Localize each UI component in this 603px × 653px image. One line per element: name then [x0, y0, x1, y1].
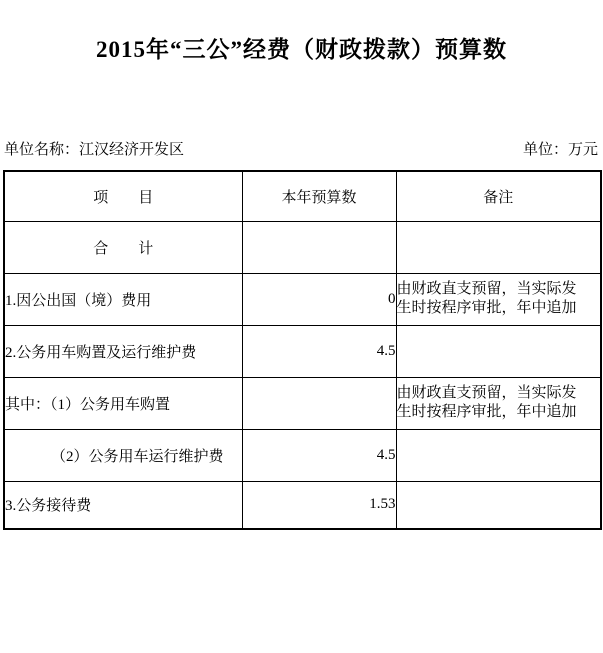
remark-cell	[396, 481, 601, 529]
header-remark: 备注	[396, 171, 601, 221]
table-row-vehicle-total: 2.公务用车购置及运行维护费 4.5	[4, 325, 601, 377]
meta-row: 单位名称：江汉经济开发区 单位：万元	[4, 141, 598, 159]
remark-cell	[396, 429, 601, 481]
remark-cell	[396, 325, 601, 377]
budget-cell	[242, 377, 396, 429]
table-row-total: 合 计	[4, 221, 601, 273]
document-page: 2015年“三公”经费（财政拨款）预算数 单位名称：江汉经济开发区 单位：万元 …	[0, 0, 603, 653]
page-title: 2015年“三公”经费（财政拨款）预算数	[0, 0, 603, 64]
item-cell: 合 计	[4, 221, 242, 273]
table-row-abroad: 1.因公出国（境）费用 0 由财政直支预留，当实际发 生时按程序审批，年中追加	[4, 273, 601, 325]
header-item: 项 目	[4, 171, 242, 221]
remark-cell: 由财政直支预留，当实际发 生时按程序审批，年中追加	[396, 377, 601, 429]
remark-cell: 由财政直支预留，当实际发 生时按程序审批，年中追加	[396, 273, 601, 325]
budget-cell: 4.5	[242, 429, 396, 481]
item-cell: （2）公务用车运行维护费	[4, 429, 242, 481]
unit-of-measure-label: 单位：万元	[523, 141, 598, 159]
budget-cell: 0	[242, 273, 396, 325]
table-row-vehicle-maintenance: （2）公务用车运行维护费 4.5	[4, 429, 601, 481]
table-row-reception: 3.公务接待费 1.53	[4, 481, 601, 529]
budget-cell	[242, 221, 396, 273]
table-row-vehicle-purchase: 其中：（1）公务用车购置 由财政直支预留，当实际发 生时按程序审批，年中追加	[4, 377, 601, 429]
budget-cell: 4.5	[242, 325, 396, 377]
budget-table: 项 目 本年预算数 备注 合 计 1.因公出国（境）费用 0 由财政直支预留，当…	[3, 170, 602, 530]
budget-cell: 1.53	[242, 481, 396, 529]
item-cell: 1.因公出国（境）费用	[4, 273, 242, 325]
unit-name-label: 单位名称：江汉经济开发区	[4, 141, 184, 159]
header-budget: 本年预算数	[242, 171, 396, 221]
item-cell: 其中：（1）公务用车购置	[4, 377, 242, 429]
item-cell: 3.公务接待费	[4, 481, 242, 529]
table-header-row: 项 目 本年预算数 备注	[4, 171, 601, 221]
item-cell: 2.公务用车购置及运行维护费	[4, 325, 242, 377]
remark-cell	[396, 221, 601, 273]
